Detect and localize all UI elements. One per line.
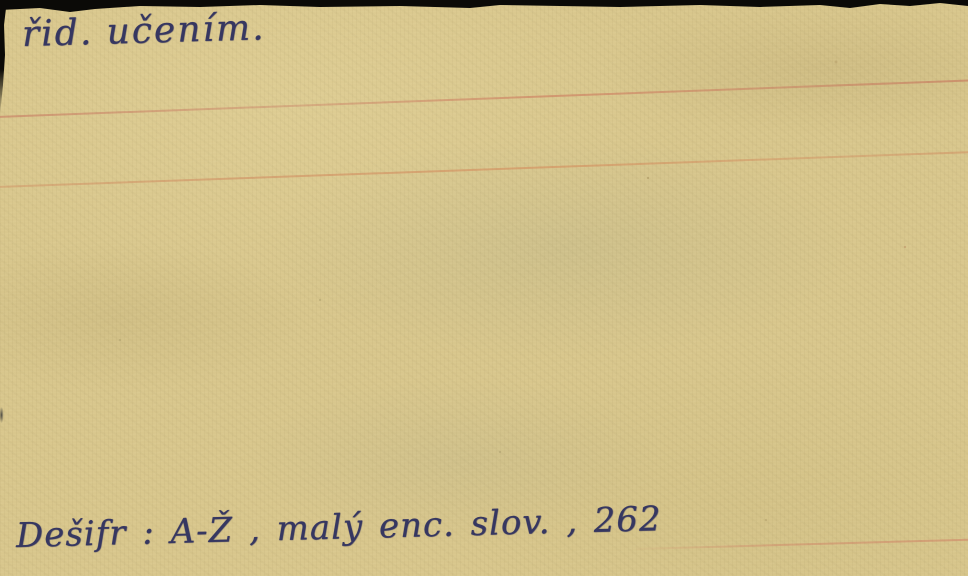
scanned-index-card: řid. učením. Dešifr : A-Ž , malý enc. sl…	[0, 0, 968, 576]
card-heading-handwriting: řid. učením.	[21, 7, 266, 55]
ink-blot	[0, 402, 5, 428]
